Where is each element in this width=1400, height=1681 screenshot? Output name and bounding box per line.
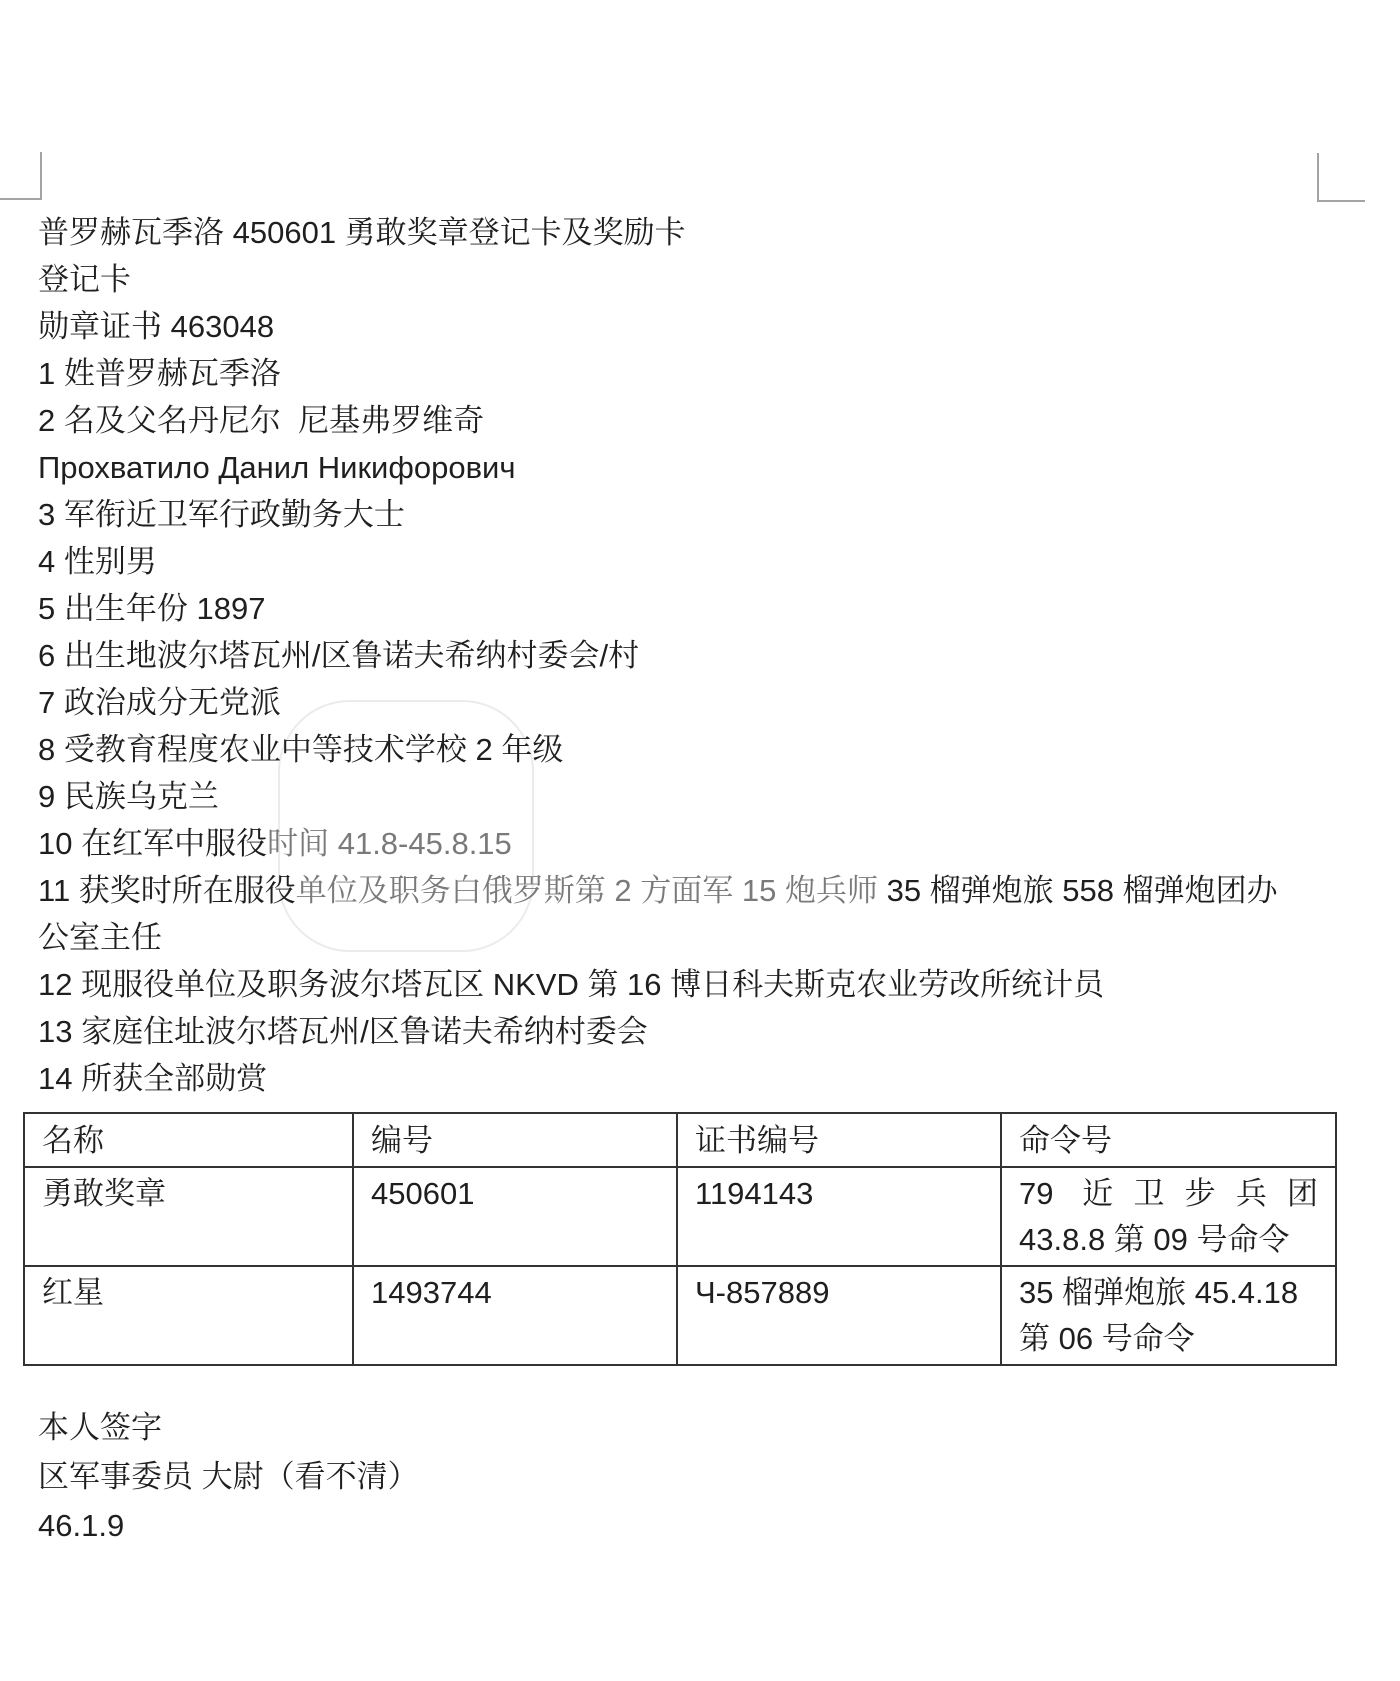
- document-line: 6 出生地波尔塔瓦州/区鲁诺夫希纳村委会/村: [38, 632, 1368, 679]
- document-line: 7 政治成分无党派: [38, 679, 1368, 726]
- order-line: 35 榴弹炮旅 45.4.18: [1019, 1270, 1318, 1316]
- award-name-cell: 勇敢奖章: [24, 1167, 353, 1266]
- document-line: 5 出生年份 1897: [38, 585, 1368, 632]
- document-line: 2 名及父名丹尼尔 尼基弗罗维奇: [38, 397, 1368, 444]
- document-line: 13 家庭住址波尔塔瓦州/区鲁诺夫希纳村委会: [38, 1008, 1368, 1055]
- signature-line: 本人签字: [38, 1403, 1038, 1452]
- text-segment: 13 家庭住址波尔塔瓦州/区鲁诺夫希纳村委会: [38, 1014, 648, 1049]
- document-line: 登记卡: [38, 256, 1368, 303]
- document-line: 4 性别男: [38, 538, 1368, 585]
- awards-table: 名称编号证书编号命令号 勇敢奖章 450601 1194143 79 近卫步兵团…: [23, 1112, 1337, 1366]
- awards-table-header-row: 名称编号证书编号命令号: [24, 1113, 1336, 1167]
- order-cell: 79 近卫步兵团43.8.8 第 09 号命令: [1001, 1167, 1336, 1266]
- document-line: 9 民族乌克兰: [38, 773, 1368, 820]
- text-segment: 8 受教育程度农业中等技术学校 2 年级: [38, 732, 563, 767]
- text-segment: 公室主任: [38, 920, 162, 955]
- text-segment: 7 政治成分无党派: [38, 685, 281, 720]
- document-line: 3 军衔近卫军行政勤务大士: [38, 491, 1368, 538]
- text-segment: 4 性别男: [38, 544, 157, 579]
- certificate-number-cell: 1194143: [677, 1167, 1001, 1266]
- document-line: 8 受教育程度农业中等技术学校 2 年级: [38, 726, 1368, 773]
- awards-table-row: 勇敢奖章 450601 1194143 79 近卫步兵团43.8.8 第 09 …: [24, 1167, 1336, 1266]
- awards-table-header-cell: 证书编号: [677, 1113, 1001, 1167]
- document-line: 公室主任: [38, 914, 1368, 961]
- text-segment: 11 获奖时所在服役: [38, 873, 296, 908]
- award-number-cell: 1493744: [353, 1266, 677, 1365]
- text-segment: 普罗赫瓦季洛 450601 勇敢奖章登记卡及奖励卡: [38, 215, 686, 250]
- text-segment: 10 在红军中服役: [38, 826, 267, 861]
- document-line: 1 姓普罗赫瓦季洛: [38, 350, 1368, 397]
- text-segment: Прохватило Данил Никифорович: [38, 450, 516, 485]
- awards-table-body: 勇敢奖章 450601 1194143 79 近卫步兵团43.8.8 第 09 …: [24, 1167, 1336, 1365]
- text-segment: 1 姓普罗赫瓦季洛: [38, 356, 281, 391]
- document-body: 普罗赫瓦季洛 450601 勇敢奖章登记卡及奖励卡登记卡勋章证书 4630481…: [38, 209, 1368, 1102]
- order-line: 79 近卫步兵团: [1019, 1171, 1318, 1217]
- awards-table-header-cell: 命令号: [1001, 1113, 1336, 1167]
- text-segment: 3 军衔近卫军行政勤务大士: [38, 497, 405, 532]
- text-segment: 登记卡: [38, 262, 131, 297]
- text-boundary-mark-top-right: [1317, 153, 1365, 202]
- certificate-number-cell: Ч-857889: [677, 1266, 1001, 1365]
- order-line: 第 06 号命令: [1019, 1316, 1318, 1362]
- document-line: 14 所获全部勋赏: [38, 1055, 1368, 1102]
- document-line: 普罗赫瓦季洛 450601 勇敢奖章登记卡及奖励卡: [38, 209, 1368, 256]
- document-line: 11 获奖时所在服役单位及职务白俄罗斯第 2 方面军 15 炮兵师 35 榴弹炮…: [38, 867, 1368, 914]
- signature-block: 本人签字区军事委员 大尉（看不清）46.1.9: [38, 1403, 1038, 1550]
- document-line: 勋章证书 463048: [38, 303, 1368, 350]
- signature-line: 区军事委员 大尉（看不清）: [38, 1452, 1038, 1501]
- document-line: Прохватило Данил Никифорович: [38, 444, 1368, 491]
- text-segment: 时间 41.8-45.8.15: [267, 826, 512, 861]
- text-segment: 5 出生年份 1897: [38, 591, 265, 626]
- awards-table-row: 红星 1493744 Ч-857889 35 榴弹炮旅 45.4.18第 06 …: [24, 1266, 1336, 1365]
- text-segment: 勋章证书 463048: [38, 309, 274, 344]
- text-segment: 14 所获全部勋赏: [38, 1061, 267, 1096]
- awards-table-header-cell: 名称: [24, 1113, 353, 1167]
- award-number-cell: 450601: [353, 1167, 677, 1266]
- text-segment: 9 民族乌克兰: [38, 779, 219, 814]
- signature-line: 46.1.9: [38, 1501, 1038, 1550]
- text-boundary-mark-top-left: [0, 152, 42, 200]
- text-segment: 2 名及父名丹尼尔 尼基弗罗维奇: [38, 403, 484, 438]
- text-segment: 6 出生地波尔塔瓦州/区鲁诺夫希纳村委会/村: [38, 638, 639, 673]
- document-line: 12 现服役单位及职务波尔塔瓦区 NKVD 第 16 博日科夫斯克农业劳改所统计…: [38, 961, 1368, 1008]
- text-segment: 单位及职务白俄罗斯第 2 方面军 15 炮兵师: [296, 873, 878, 908]
- award-name-cell: 红星: [24, 1266, 353, 1365]
- document-page: 普罗赫瓦季洛 450601 勇敢奖章登记卡及奖励卡登记卡勋章证书 4630481…: [0, 0, 1400, 1681]
- document-line: 10 在红军中服役时间 41.8-45.8.15: [38, 820, 1368, 867]
- text-segment: 35 榴弹炮旅 558 榴弹炮团办: [878, 873, 1278, 908]
- text-segment: 12 现服役单位及职务波尔塔瓦区 NKVD 第 16 博日科夫斯克农业劳改所统计…: [38, 967, 1104, 1002]
- order-line: 43.8.8 第 09 号命令: [1019, 1217, 1318, 1263]
- awards-table-header-cell: 编号: [353, 1113, 677, 1167]
- order-cell: 35 榴弹炮旅 45.4.18第 06 号命令: [1001, 1266, 1336, 1365]
